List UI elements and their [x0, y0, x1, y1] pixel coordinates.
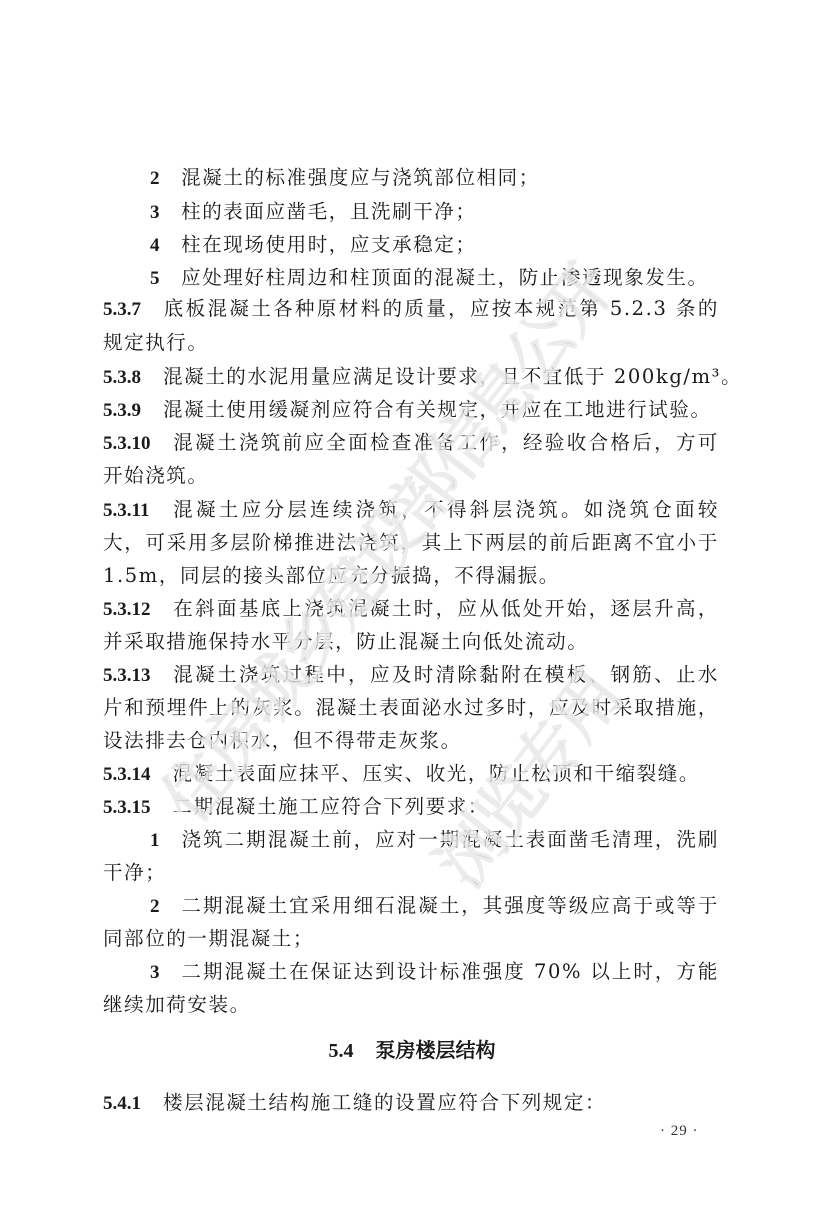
clause-line: 5.3.10混凝土浇筑前应全面检查准备工作，经验收合格后，方可: [103, 426, 719, 460]
clause-line: 5.3.8混凝土的水泥用量应满足设计要求，且不宜低于 200kg/m³。: [103, 360, 719, 394]
continuation-line: 大，可采用多层阶梯推进法浇筑，其上下两层的前后距离不宜小于: [103, 526, 719, 560]
list-item: 3二期混凝土在保证达到设计标准强度 70% 以上时，方能: [150, 955, 719, 989]
clause-number: 5.3.10: [103, 433, 151, 454]
clause-number: 5.4.1: [103, 1093, 141, 1114]
clause-line: 5.3.7底板混凝土各种原材料的质量，应按本规范第 5.2.3 条的: [103, 292, 719, 326]
item-text: 混凝土的标准强度应与浇筑部位相同；: [181, 166, 540, 189]
item-text: 二期混凝土在保证达到设计标准强度 70% 以上时，方能: [181, 960, 719, 983]
clause-number: 5.3.8: [103, 367, 141, 388]
list-item: 2混凝土的标准强度应与浇筑部位相同；: [150, 161, 719, 195]
list-item: 2二期混凝土宜采用细石混凝土，其强度等级应高于或等于: [150, 889, 719, 923]
clause-text: 片和预埋件上的灰浆。混凝土表面泌水过多时，应及时采取措施，: [103, 696, 719, 719]
clause-text: 混凝土表面应抹平、压实、收光，防止松顶和干缩裂缝。: [173, 762, 701, 785]
clause-number: 5.3.15: [103, 797, 151, 818]
item-text: 浇筑二期混凝土前，应对一期混凝土表面凿毛清理，洗刷: [181, 828, 719, 851]
clause-text: 楼层混凝土结构施工缝的设置应符合下列规定：: [163, 1091, 606, 1114]
item-number: 5: [150, 268, 161, 289]
clause-text: 并采取措施保持水平分层，防止混凝土向低处流动。: [103, 630, 588, 653]
item-number: 2: [150, 168, 161, 189]
item-text: 二期混凝土宜采用细石混凝土，其强度等级应高于或等于: [181, 894, 719, 917]
item-text: 干净；: [103, 861, 166, 884]
item-text: 柱的表面应凿毛，且洗刷干净；: [181, 200, 476, 223]
page-number: · 29 ·: [660, 1123, 699, 1140]
list-item: 4柱在现场使用时，应支承稳定；: [150, 228, 719, 262]
clause-text: 设法排去仓内积水，但不得带走灰浆。: [103, 729, 462, 752]
clause-text: 规定执行。: [103, 331, 209, 354]
clause-number: 5.3.14: [103, 764, 151, 785]
list-item: 1浇筑二期混凝土前，应对一期混凝土表面凿毛清理，洗刷: [150, 823, 719, 857]
section-number: 5.4: [329, 1040, 354, 1062]
clause-text: 1.5m，同层的接头部位应充分振捣，不得漏振。: [103, 564, 560, 587]
clause-line: 5.3.9混凝土使用缓凝剂应符合有关规定，并应在工地进行试验。: [103, 393, 719, 427]
clause-text: 二期混凝土施工应符合下列要求：: [173, 795, 490, 818]
clause-text: 混凝土浇筑过程中，应及时清除黏附在模板、钢筋、止水: [173, 663, 720, 686]
clause-line: 5.3.15二期混凝土施工应符合下列要求：: [103, 790, 719, 824]
item-text: 同部位的一期混凝土；: [103, 927, 314, 950]
clause-number: 5.3.11: [103, 500, 149, 521]
item-number: 2: [150, 896, 161, 917]
clause-line: 5.3.13混凝土浇筑过程中，应及时清除黏附在模板、钢筋、止水: [103, 658, 719, 692]
item-text: 柱在现场使用时，应支承稳定；: [181, 233, 476, 256]
clause-text: 混凝土应分层连续浇筑，不得斜层浇筑。如浇筑仓面较: [171, 498, 719, 521]
clause-number: 5.3.9: [103, 400, 141, 421]
clause-text: 底板混凝土各种原材料的质量，应按本规范第 5.2.3 条的: [163, 297, 719, 320]
clause-number: 5.3.7: [103, 299, 141, 320]
continuation-line: 设法排去仓内积水，但不得带走灰浆。: [103, 724, 719, 758]
section-title-text: 泵房楼层结构: [376, 1038, 496, 1062]
continuation-line: 规定执行。: [103, 326, 719, 360]
continuation-line: 开始浇筑。: [103, 459, 719, 493]
clause-text: 开始浇筑。: [103, 464, 209, 487]
item-text: 应处理好柱周边和柱顶面的混凝土，防止渗透现象发生。: [181, 266, 709, 289]
clause-text: 混凝土的水泥用量应满足设计要求，且不宜低于 200kg/m³。: [163, 365, 742, 388]
item-number: 3: [150, 202, 161, 223]
section-heading: 5.4泵房楼层结构: [0, 1033, 824, 1068]
list-item: 3柱的表面应凿毛，且洗刷干净；: [150, 195, 719, 229]
list-item: 5应处理好柱周边和柱顶面的混凝土，防止渗透现象发生。: [150, 261, 719, 295]
item-number: 1: [150, 830, 161, 851]
continuation-line: 同部位的一期混凝土；: [103, 922, 719, 956]
item-text: 继续加荷安装。: [103, 993, 251, 1016]
continuation-line: 干净；: [103, 856, 719, 890]
clause-line: 5.3.12在斜面基底上浇筑混凝土时，应从低处开始，逐层升高，: [103, 592, 719, 626]
continuation-line: 1.5m，同层的接头部位应充分振捣，不得漏振。: [103, 559, 719, 593]
item-number: 4: [150, 235, 161, 256]
clause-number: 5.3.13: [103, 665, 151, 686]
item-number: 3: [150, 962, 161, 983]
clause-line: 5.4.1楼层混凝土结构施工缝的设置应符合下列规定：: [103, 1086, 719, 1120]
clause-text: 混凝土使用缓凝剂应符合有关规定，并应在工地进行试验。: [163, 398, 712, 421]
clause-number: 5.3.12: [103, 599, 151, 620]
clause-text: 大，可采用多层阶梯推进法浇筑，其上下两层的前后距离不宜小于: [103, 531, 719, 554]
clause-line: 5.3.11混凝土应分层连续浇筑，不得斜层浇筑。如浇筑仓面较: [103, 493, 719, 527]
clause-line: 5.3.14混凝土表面应抹平、压实、收光，防止松顶和干缩裂缝。: [103, 757, 719, 791]
clause-text: 混凝土浇筑前应全面检查准备工作，经验收合格后，方可: [173, 431, 720, 454]
continuation-line: 并采取措施保持水平分层，防止混凝土向低处流动。: [103, 625, 719, 659]
continuation-line: 继续加荷安装。: [103, 988, 719, 1022]
clause-text: 在斜面基底上浇筑混凝土时，应从低处开始，逐层升高，: [173, 597, 720, 620]
continuation-line: 片和预埋件上的灰浆。混凝土表面泌水过多时，应及时采取措施，: [103, 691, 719, 725]
document-page: 2混凝土的标准强度应与浇筑部位相同； 3柱的表面应凿毛，且洗刷干净； 4柱在现场…: [0, 0, 824, 1216]
